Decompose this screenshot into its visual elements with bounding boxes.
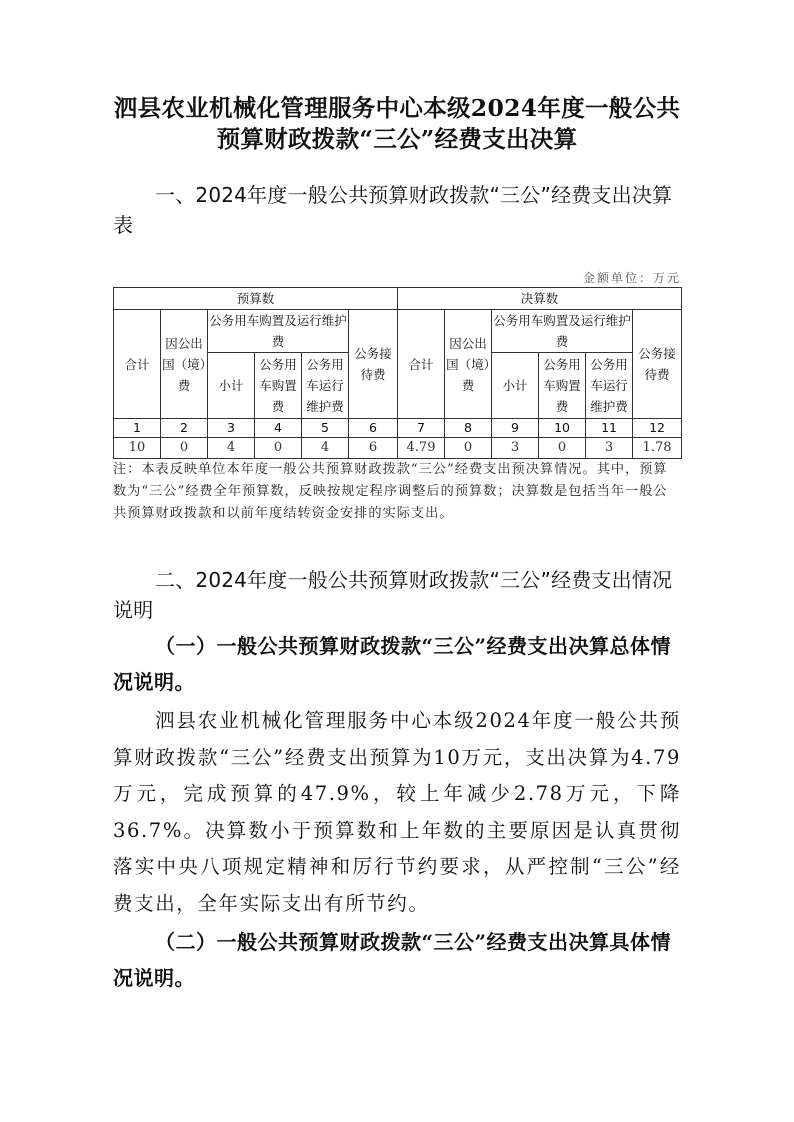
index-cell: 10 [539,419,586,438]
index-cell: 6 [349,419,398,438]
index-cell: 12 [633,419,682,438]
three-public-expenses-table: 预算数 决算数 合计 因公出国（境）费 公务用车购置及运行维护费 公务接待费 合… [113,287,682,459]
final-subtotal-header: 小计 [492,353,539,419]
table-index-row: 1 2 3 4 5 6 7 8 9 10 11 12 [114,419,682,438]
budget-vehicle-header: 公务用车购置及运行维护费 [208,310,349,353]
final-vehicle-purchase-header: 公务用车购置费 [539,353,586,419]
value-cell: 0 [445,438,492,459]
budget-vehicle-purchase-header: 公务用车购置费 [255,353,302,419]
final-vehicle-operation-header: 公务用车运行维护费 [586,353,633,419]
budget-vehicle-operation-header: 公务用车运行维护费 [302,353,349,419]
final-group-header: 决算数 [398,288,682,310]
budget-abroad-header: 因公出国（境）费 [161,310,208,419]
index-cell: 8 [445,419,492,438]
index-cell: 4 [255,419,302,438]
section-1-heading: 一、2024年度一般公共预算财政拨款“三公”经费支出决算表 [113,180,681,240]
title-line-1: 泗县农业机械化管理服务中心本级2024年度一般公共 [103,93,691,124]
index-cell: 1 [114,419,161,438]
index-cell: 11 [586,419,633,438]
final-reception-header: 公务接待费 [633,310,682,419]
budget-reception-header: 公务接待费 [349,310,398,419]
budget-subtotal-header: 小计 [208,353,255,419]
budget-total-header: 合计 [114,310,161,419]
index-cell: 7 [398,419,445,438]
value-cell: 0 [255,438,302,459]
value-cell: 4 [302,438,349,459]
value-cell: 4.79 [398,438,445,459]
final-total-header: 合计 [398,310,445,419]
subsection-2-heading: （二）一般公共预算财政拨款“三公”经费支出决算具体情况说明。 [113,924,681,996]
index-cell: 9 [492,419,539,438]
final-abroad-header: 因公出国（境）费 [445,310,492,419]
value-cell: 1.78 [633,438,682,459]
subsection-1-heading: （一）一般公共预算财政拨款“三公”经费支出决算总体情况说明。 [113,628,681,700]
table-group-header-row: 预算数 决算数 [114,288,682,310]
value-cell: 3 [492,438,539,459]
value-cell: 0 [161,438,208,459]
value-cell: 10 [114,438,161,459]
value-cell: 3 [586,438,633,459]
final-vehicle-header: 公务用车购置及运行维护费 [492,310,633,353]
value-cell: 0 [539,438,586,459]
value-cell: 4 [208,438,255,459]
value-cell: 6 [349,438,398,459]
index-cell: 3 [208,419,255,438]
budget-group-header: 预算数 [114,288,398,310]
table-header-row-1: 合计 因公出国（境）费 公务用车购置及运行维护费 公务接待费 合计 因公出国（境… [114,310,682,353]
subsection-1-body: 泗县农业机械化管理服务中心本级2024年度一般公共预算财政拨款“三公”经费支出预… [113,703,681,922]
table-value-row: 10 0 4 0 4 6 4.79 0 3 0 3 1.78 [114,438,682,459]
table-note: 注：本表反映单位本年度一般公共预算财政拨款“三公”经费支出预决算情况。其中，预算… [113,459,681,525]
title-line-2: 预算财政拨款“三公”经费支出决算 [103,124,691,155]
section-2-heading: 二、2024年度一般公共预算财政拨款“三公”经费支出情况说明 [113,565,681,625]
index-cell: 5 [302,419,349,438]
document-title: 泗县农业机械化管理服务中心本级2024年度一般公共 预算财政拨款“三公”经费支出… [103,93,691,155]
index-cell: 2 [161,419,208,438]
unit-label: 金额单位：万元 [583,269,681,286]
